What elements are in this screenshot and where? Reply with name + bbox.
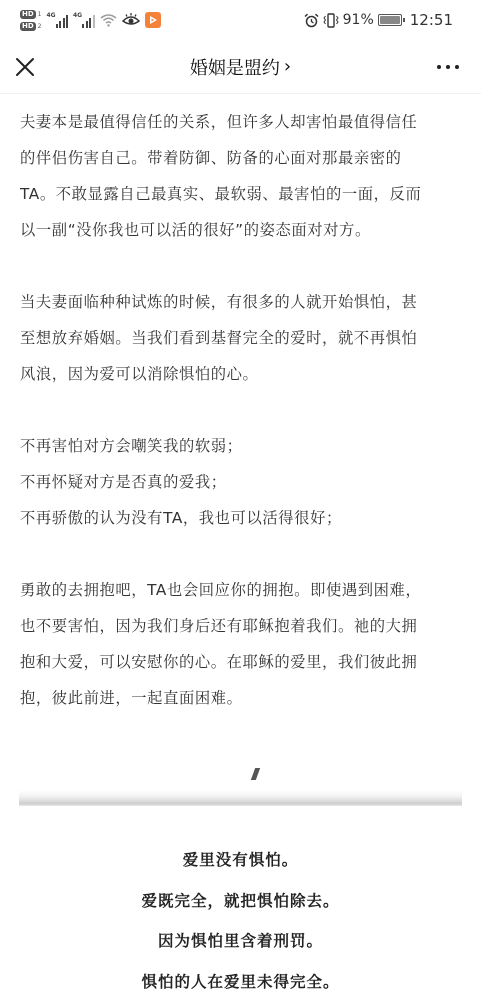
text-line: 夫妻本是最值得信任的关系，但许多人却害怕最值得信任 (20, 104, 465, 140)
paragraph: 夫妻本是最值得信任的关系，但许多人却害怕最值得信任 的伴侣伤害自己。带着防御、防… (20, 104, 465, 248)
verse-block: 爱里没有惧怕。 爱既完全，就把惧怕除去。 因为惧怕里含着刑罚。 惧怕的人在爱里未… (0, 840, 481, 1000)
text-line: 不再骄傲的认为没有TA，我也可以活得很好； (20, 500, 465, 536)
text-line: 至想放弃婚姻。当我们看到基督完全的爱时，就不再惧怕 (20, 320, 465, 356)
text-line: 也不要害怕，因为我们身后还有耶稣抱着我们。祂的大拥 (20, 608, 465, 644)
clock: 12:51 (410, 11, 453, 29)
paragraph: 不再害怕对方会嘲笑我的软弱； 不再怀疑对方是否真的爱我； 不再骄傲的认为没有TA… (20, 428, 465, 536)
text-line: 不再害怕对方会嘲笑我的软弱； (20, 428, 465, 464)
article-body: 夫妻本是最值得信任的关系，但许多人却害怕最值得信任 的伴侣伤害自己。带着防御、防… (20, 104, 465, 752)
wifi-icon (100, 13, 117, 27)
decorative-divider (19, 762, 462, 812)
signal-icon: 4G (73, 12, 95, 28)
verse-line: 惧怕的人在爱里未得完全。 (0, 962, 481, 1001)
signal-icon: 4G (47, 12, 69, 28)
text-line: 抱和大爱，可以安慰你的心。在耶稣的爱里，我们彼此拥 (20, 644, 465, 680)
slash-mark-icon (251, 768, 260, 780)
more-icon[interactable] (437, 65, 459, 69)
text-line: 勇敢的去拥抱吧，TA也会回应你的拥抱。即使遇到困难， (20, 572, 465, 608)
verse-line: 爱既完全，就把惧怕除去。 (0, 881, 481, 922)
verse-line: 因为惧怕里含着刑罚。 (0, 921, 481, 962)
alarm-icon (304, 13, 319, 28)
status-bar-left: HD1 HD2 4G 4G (20, 10, 161, 31)
text-line: 当夫妻面临种种试炼的时候，有很多的人就开始惧怕，甚 (20, 284, 465, 320)
page-title[interactable]: 婚姻是盟约 › (190, 54, 291, 80)
nav-header: 婚姻是盟约 › (0, 40, 481, 94)
chevron-right-icon: › (284, 56, 291, 77)
text-line: 不再怀疑对方是否真的爱我； (20, 464, 465, 500)
eye-icon (122, 13, 140, 27)
status-bar: HD1 HD2 4G 4G (0, 0, 481, 40)
paragraph: 当夫妻面临种种试炼的时候，有很多的人就开始惧怕，甚 至想放弃婚姻。当我们看到基督… (20, 284, 465, 392)
text-line: TA。不敢显露自己最真实、最软弱、最害怕的一面，反而 (20, 176, 465, 212)
battery-percent: 91% (343, 12, 374, 28)
hd-icon: HD2 (20, 22, 42, 31)
text-line: 的伴侣伤害自己。带着防御、防备的心面对那最亲密的 (20, 140, 465, 176)
close-icon[interactable] (14, 56, 36, 78)
text-line: 抱，彼此前进，一起直面困难。 (20, 680, 465, 716)
vibrate-icon (323, 13, 339, 28)
divider-bar (19, 790, 462, 806)
hd-badges: HD1 HD2 (20, 10, 42, 31)
page-title-text: 婚姻是盟约 (190, 54, 280, 80)
hd-icon: HD1 (20, 10, 42, 19)
text-line: 风浪，因为爱可以消除惧怕的心。 (20, 356, 465, 392)
verse-line: 爱里没有惧怕。 (0, 840, 481, 881)
status-bar-right: 91% 12:51 (304, 11, 453, 29)
paragraph: 勇敢的去拥抱吧，TA也会回应你的拥抱。即使遇到困难， 也不要害怕，因为我们身后还… (20, 572, 465, 716)
battery-icon (378, 14, 402, 26)
text-line: 以一副“没你我也可以活的很好”的姿态面对对方。 (20, 212, 465, 248)
app-notification-icon (145, 12, 161, 28)
